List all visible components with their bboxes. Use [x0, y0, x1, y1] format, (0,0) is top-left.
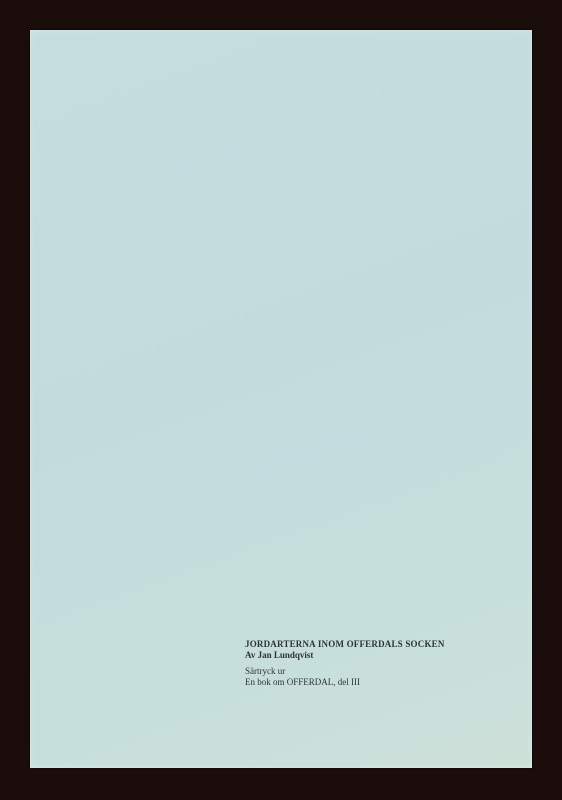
author: Av Jan Lundqvist [245, 650, 445, 661]
source-book: En bok om OFFERDAL, del III [245, 677, 445, 688]
book-back-cover: JORDARTERNA INOM OFFERDALS SOCKEN Av Jan… [30, 30, 532, 768]
imprint-text-block: JORDARTERNA INOM OFFERDALS SOCKEN Av Jan… [245, 639, 445, 688]
offprint-note: Särtryck ur [245, 666, 445, 677]
title: JORDARTERNA INOM OFFERDALS SOCKEN [245, 639, 445, 650]
